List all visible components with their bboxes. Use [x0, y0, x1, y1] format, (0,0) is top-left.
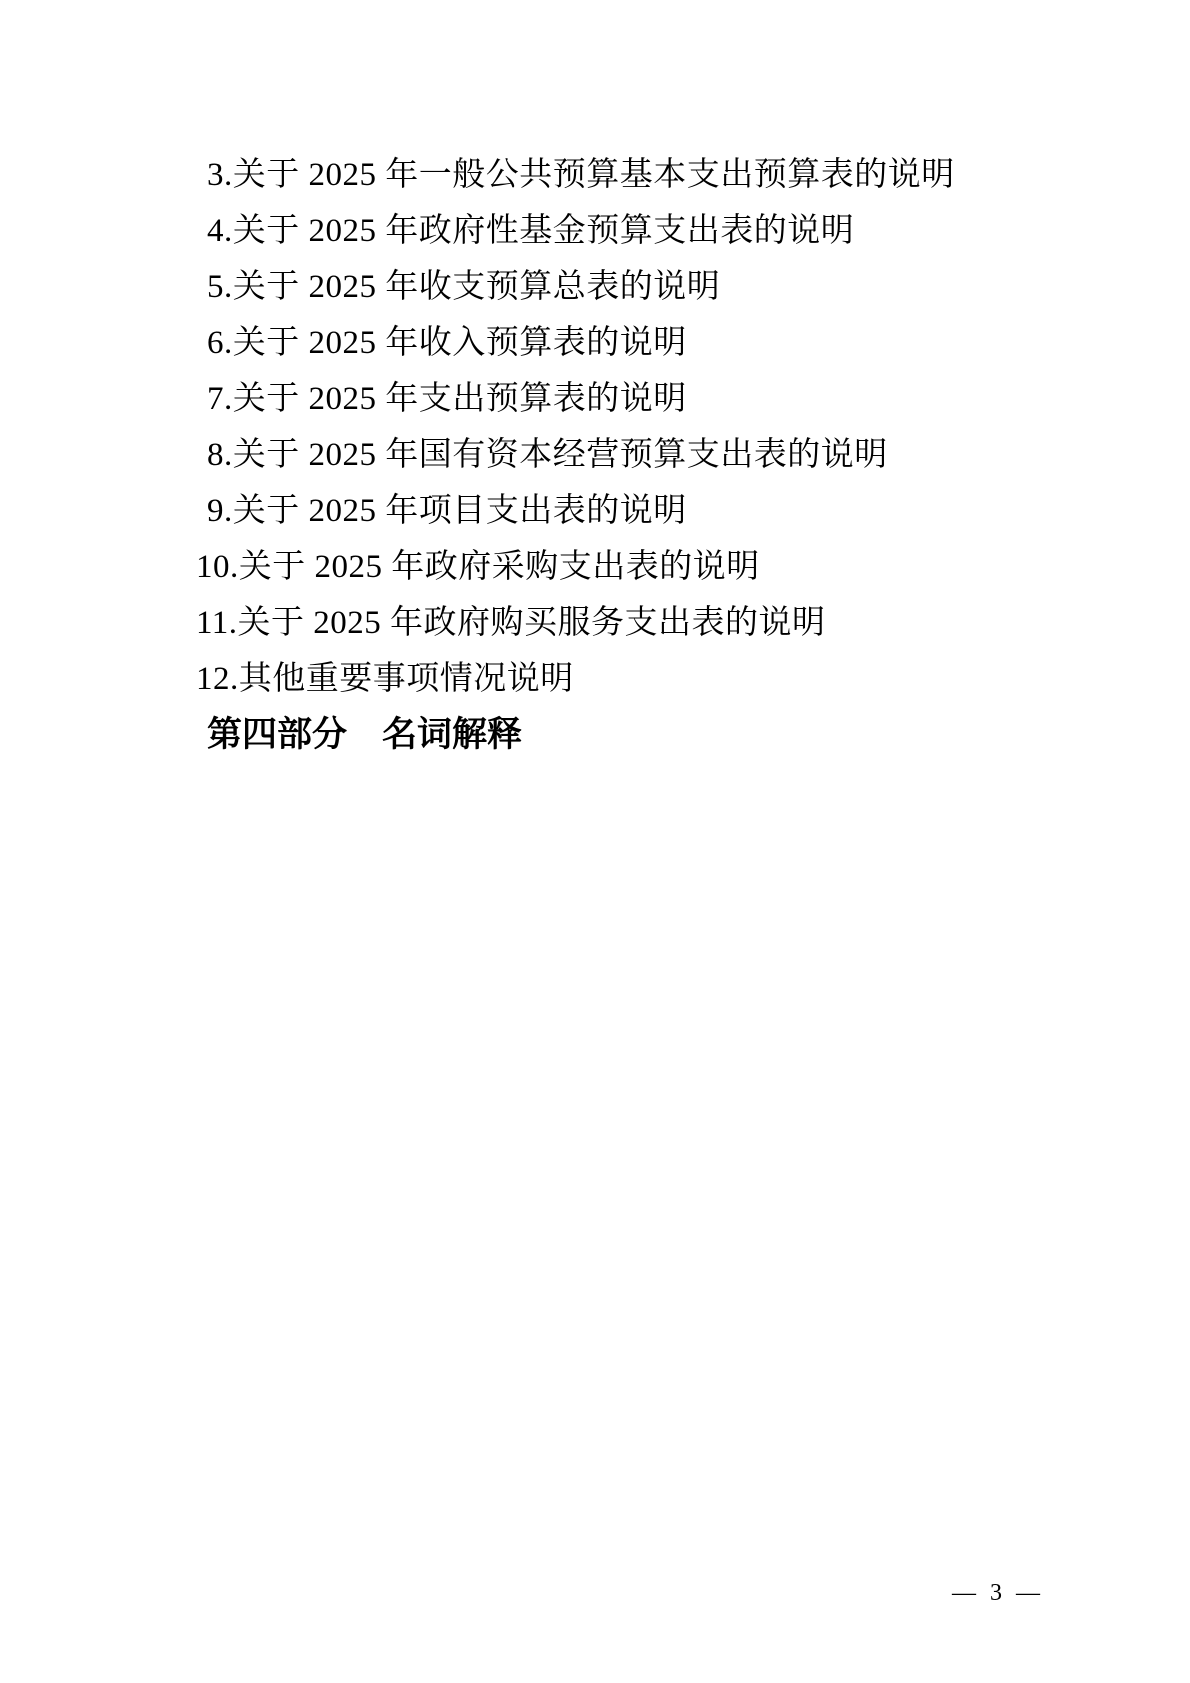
toc-item: 9.关于 2025 年项目支出表的说明 [207, 483, 1090, 539]
page-number: —3— [952, 1581, 1040, 1605]
page-number-value: 3 [990, 1581, 1002, 1605]
toc-item: 4.关于 2025 年政府性基金预算支出表的说明 [207, 203, 1090, 259]
page-number-right-dash: — [1016, 1580, 1040, 1606]
page-number-left-dash: — [952, 1580, 976, 1606]
toc-item: 3.关于 2025 年一般公共预算基本支出预算表的说明 [207, 147, 1090, 203]
table-of-contents: 3.关于 2025 年一般公共预算基本支出预算表的说明 4.关于 2025 年政… [207, 147, 1090, 763]
section-heading: 第四部分 名词解释 [207, 707, 1090, 763]
toc-item: 7.关于 2025 年支出预算表的说明 [207, 371, 1090, 427]
toc-item: 8.关于 2025 年国有资本经营预算支出表的说明 [207, 427, 1090, 483]
toc-item: 5.关于 2025 年收支预算总表的说明 [207, 259, 1090, 315]
toc-item: 6.关于 2025 年收入预算表的说明 [207, 315, 1090, 371]
toc-item: 11.关于 2025 年政府购买服务支出表的说明 [196, 595, 1090, 651]
document-page: 3.关于 2025 年一般公共预算基本支出预算表的说明 4.关于 2025 年政… [0, 0, 1190, 1683]
toc-item: 10.关于 2025 年政府采购支出表的说明 [196, 539, 1090, 595]
toc-item: 12.其他重要事项情况说明 [196, 651, 1090, 707]
